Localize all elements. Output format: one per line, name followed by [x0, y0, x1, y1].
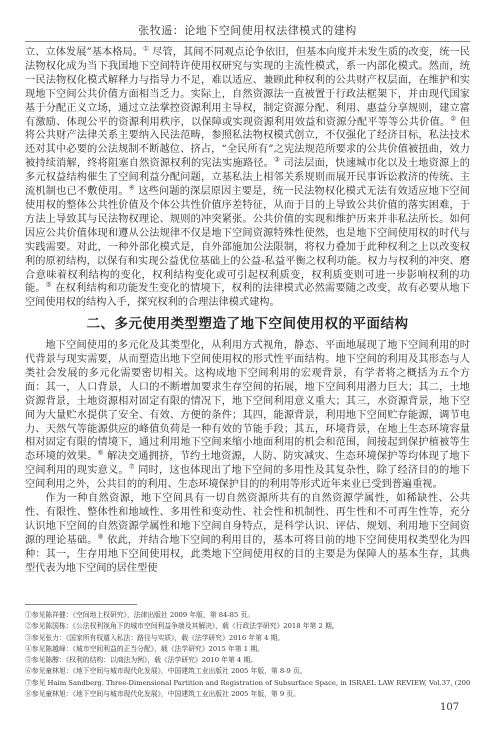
footnote-5: ⑤参见陈醇：《权利的结构：以商法为例》，载《法学研究》2010 年第 4 期。	[25, 655, 470, 666]
footnote-4: ④参见陈越峰：《城市空间利益的正当分配》，载《法学研究》2015 年第 1 期。	[25, 644, 470, 655]
text-run: 地下空间使用的多元化及其类型化，从利用方式视角，静态、平面地展现了地下空间利用的…	[25, 340, 470, 462]
paragraph-3: 作为一种自然资源，地下空间具有一切自然资源所共有的自然资源学属性，如稀缺性、公共…	[25, 492, 470, 575]
article-body: 立、立体发展”基本格局。① 尽管，其间不同观点论争依旧，但基本向度并未发生质的改…	[25, 46, 470, 576]
running-header: 张牧遥：论地下空间使用权法律模式的建构	[25, 22, 470, 38]
text-run: 尽管，其间不同观点论争依旧，但基本向度并未发生质的改变，统一民法物权化成为当下我…	[25, 47, 470, 128]
paragraph-1: 立、立体发展”基本格局。① 尽管，其间不同观点论争依旧，但基本向度并未发生质的改…	[25, 46, 470, 310]
text-run: 立、立体发展”基本格局。	[25, 47, 143, 58]
paragraph-2: 地下空间使用的多元化及其类型化，从利用方式视角，静态、平面地展现了地下空间利用的…	[25, 339, 470, 492]
text-run: 这些问题的深层原因主要是，统一民法物权化模式无法有效适应地下空间使用权的整体公共…	[25, 186, 470, 294]
footnote-3: ③参见张力：《国家所有权遁入私法：路径与实质》，载《法学研究》2016 年第 4…	[25, 633, 470, 644]
footnote-rule	[25, 604, 137, 605]
footnote-8: ⑧参见童林旭：《地下空间与城市现代化发展》，中国建筑工业出版社 2005 年版，…	[25, 689, 470, 700]
text-run: 在权利结构和功能发生变化的情境下，权利的法律模式必然需要随之改变，故有必要从地下…	[25, 283, 470, 308]
footnote-2: ②参见陈国栋：《公法权利视角下的城市空间利益争端及其解决》，载《行政法学研究》2…	[25, 621, 470, 632]
footnotes: ①参见陈祥健：《空间地上权研究》，法律出版社 2009 年版，第 84-85 页…	[25, 610, 470, 700]
footnote-7: ⑦参见 Haim Sandberg. Three-Dimensional Par…	[25, 678, 470, 689]
section-heading: 二、多元使用类型塑造了地下空间使用权的平面结构	[25, 318, 470, 332]
footnote-6: ⑥参见童林旭：《地下空间与城市现代化发展》，中国建筑工业出版社 2005 年版，…	[25, 666, 470, 677]
footnote-1: ①参见陈祥健：《空间地上权研究》，法律出版社 2009 年版，第 84-85 页…	[25, 610, 470, 621]
header-rule	[25, 41, 470, 42]
page-number: 107	[440, 702, 459, 713]
